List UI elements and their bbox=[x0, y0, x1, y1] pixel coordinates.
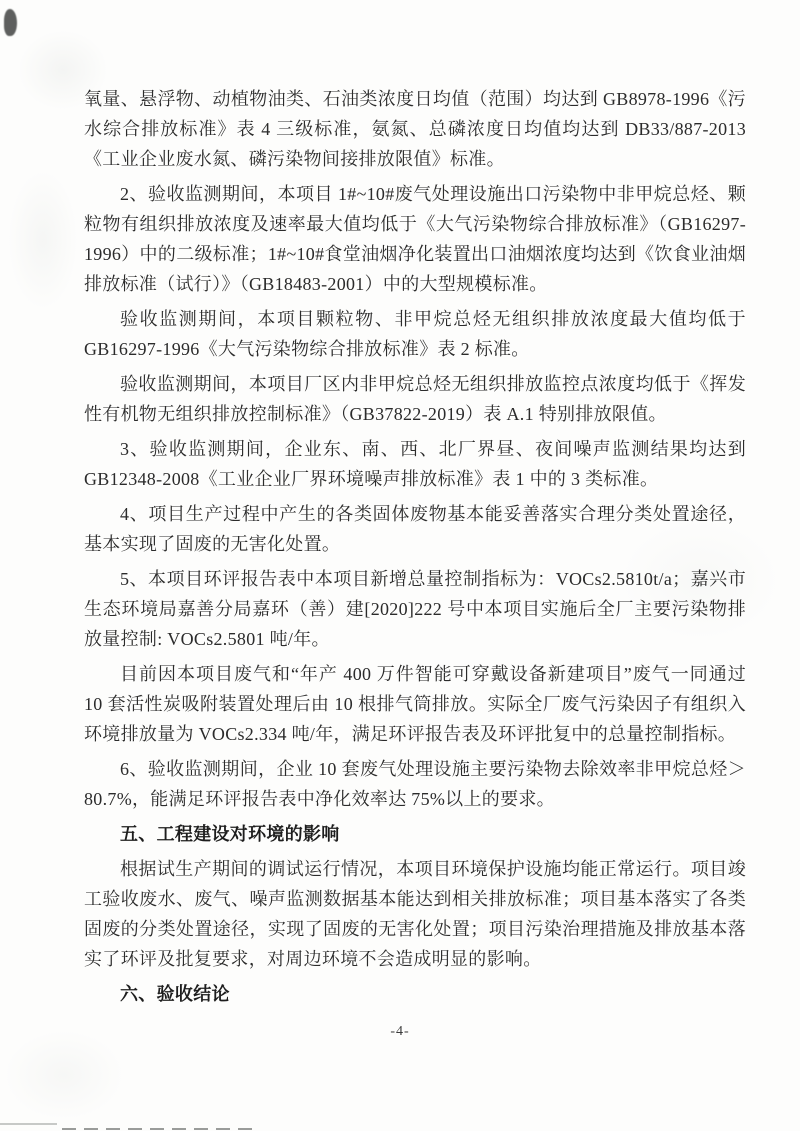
section-heading-acceptance-conclusion: 六、验收结论 bbox=[84, 979, 746, 1009]
page-number: -4- bbox=[0, 1022, 800, 1042]
paragraph-actual-emission: 目前因本项目废气和“年产 400 万件智能可穿戴设备新建项目”废气一同通过 10… bbox=[84, 659, 746, 749]
paragraph-wastewater-standards: 氧量、悬浮物、动植物油类、石油类浓度日均值（范围）均达到 GB8978-1996… bbox=[84, 84, 746, 174]
paragraph-total-quantity-control: 5、本项目环评报告表中本项目新增总量控制指标为：VOCs2.5810t/a；嘉兴… bbox=[84, 564, 746, 654]
paragraph-fugitive-emission-max: 验收监测期间，本项目颗粒物、非甲烷总烃无组织排放浓度最大值均低于 GB16297… bbox=[84, 304, 746, 364]
paragraph-noise-monitoring: 3、验收监测期间，企业东、南、西、北厂界昼、夜间噪声监测结果均达到 GB1234… bbox=[84, 434, 746, 494]
paragraph-exhaust-outlet-standards: 2、验收监测期间，本项目 1#~10#废气处理设施出口污染物中非甲烷总烃、颗粒物… bbox=[84, 179, 746, 299]
scanned-document-page: 氧量、悬浮物、动植物油类、石油类浓度日均值（范围）均达到 GB8978-1996… bbox=[0, 0, 800, 1131]
document-body: 氧量、悬浮物、动植物油类、石油类浓度日均值（范围）均达到 GB8978-1996… bbox=[84, 84, 746, 1009]
scan-artifact-bottom-edge-left bbox=[0, 1123, 57, 1125]
scan-artifact-bottom-edge-dashes bbox=[62, 1128, 252, 1130]
paragraph-fugitive-monitoring-points: 验收监测期间，本项目厂区内非甲烷总烃无组织排放监控点浓度均低于《挥发性有机物无组… bbox=[84, 369, 746, 429]
section-heading-environmental-impact: 五、工程建设对环境的影响 bbox=[84, 819, 746, 849]
paragraph-trial-production: 根据试生产期间的调试运行情况，本项目环境保护设施均能正常运行。项目竣工验收废水、… bbox=[84, 854, 746, 974]
paragraph-removal-efficiency: 6、验收监测期间，企业 10 套废气处理设施主要污染物去除效率非甲烷总烃＞80.… bbox=[84, 754, 746, 814]
paragraph-solid-waste: 4、项目生产过程中产生的各类固体废物基本能妥善落实合理分类处置途径，基本实现了固… bbox=[84, 499, 746, 559]
scan-artifact-top-left bbox=[4, 9, 17, 36]
